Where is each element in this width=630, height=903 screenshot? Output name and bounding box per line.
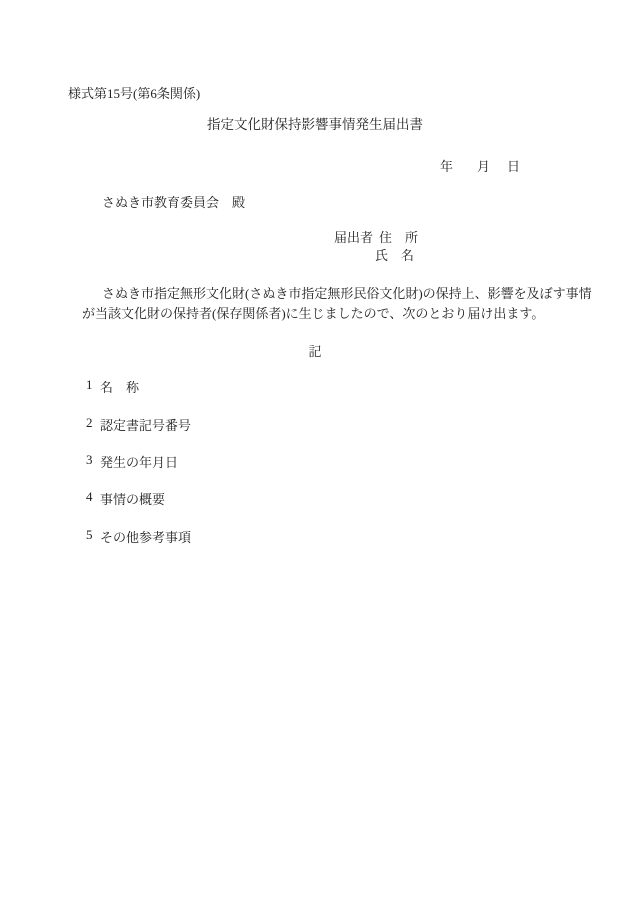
date-line: 年月日 <box>440 156 520 175</box>
list-item: 5 その他参考事項 <box>86 527 191 546</box>
submitter-role-label: 届出者 <box>334 230 373 245</box>
list-item-number: 3 <box>86 452 100 471</box>
form-number: 様式第15号(第6条関係) <box>68 83 200 102</box>
document-title: 指定文化財保持影響事情発生届出書 <box>0 113 630 133</box>
addressee: さぬき市教育委員会 殿 <box>102 192 245 211</box>
body-paragraph-line-1: さぬき市指定無形文化財(さぬき市指定無形民俗文化財)の保持上、影響を及ぼす事情 <box>82 284 592 304</box>
list-item-number: 1 <box>86 377 100 396</box>
list-item: 1 名 称 <box>86 377 139 396</box>
submitter-name-label: 氏 名 <box>375 248 414 263</box>
date-month-label: 月 <box>477 159 490 174</box>
list-item-label: 名 称 <box>100 377 139 396</box>
list-item-number: 4 <box>86 489 100 508</box>
submitter-address-line: 届出者住 所 <box>334 229 418 247</box>
list-item-number: 2 <box>86 415 100 434</box>
date-year-label: 年 <box>440 159 453 174</box>
body-paragraph-line-2: が当該文化財の保持者(保存関係者)に生じましたので、次のとおり届け出ます。 <box>82 304 592 324</box>
document-page: 様式第15号(第6条関係) 指定文化財保持影響事情発生届出書 年月日 さぬき市教… <box>0 0 630 903</box>
list-item-label: 認定書記号番号 <box>100 415 191 434</box>
list-item-label: 発生の年月日 <box>100 452 178 471</box>
date-day-label: 日 <box>507 159 520 174</box>
submitter-address-label: 住 所 <box>379 230 418 245</box>
list-item: 2 認定書記号番号 <box>86 415 191 434</box>
list-item: 3 発生の年月日 <box>86 452 178 471</box>
list-item: 4 事情の概要 <box>86 489 165 508</box>
list-item-label: 事情の概要 <box>100 489 165 508</box>
section-marker-ki: 記 <box>0 341 630 360</box>
body-paragraph: さぬき市指定無形文化財(さぬき市指定無形民俗文化財)の保持上、影響を及ぼす事情 … <box>82 284 592 324</box>
submitter-name-line: 氏 名 <box>375 247 418 265</box>
submitter-block: 届出者住 所 氏 名 <box>334 229 418 265</box>
list-item-label: その他参考事項 <box>100 527 191 546</box>
list-item-number: 5 <box>86 527 100 546</box>
